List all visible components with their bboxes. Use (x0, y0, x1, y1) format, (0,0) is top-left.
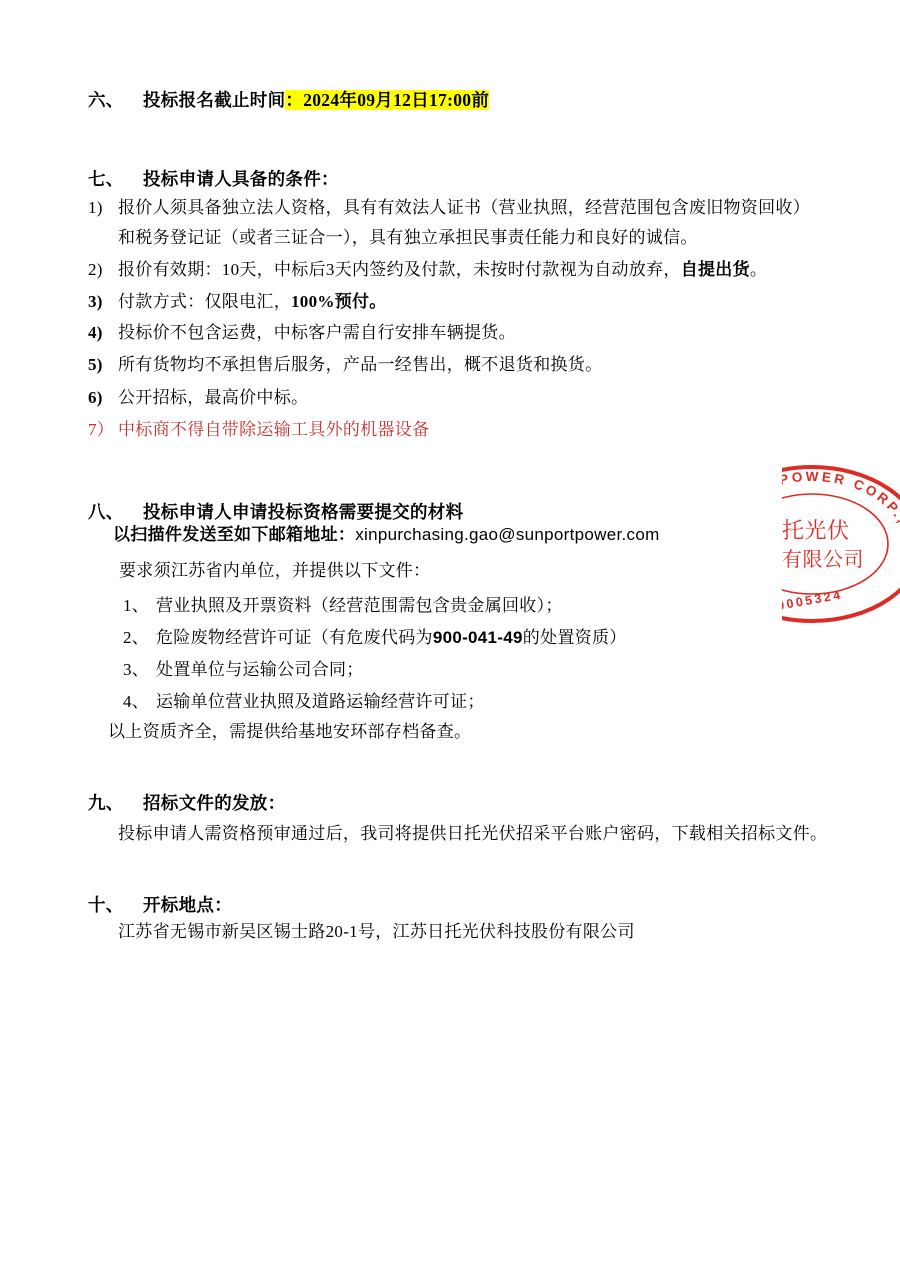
section-8-heading: 八、 投标申请人申请投标资格需要提交的材料 (88, 501, 848, 524)
material-item-4: 4、 运输单位营业执照及道路运输经营许可证； (123, 691, 848, 713)
item-text-red: 中标商不得自带除运输工具外的机器设备 (118, 419, 429, 441)
list-item-7-1: 1) 报价人须具备独立法人资格，具有有效法人证书（营业执照，经营范围包含废旧物资… (88, 197, 848, 249)
section-9-heading: 九、 招标文件的发放： (88, 791, 848, 815)
item-marker: 1、 (123, 595, 156, 617)
item-marker: 4、 (123, 691, 156, 713)
section-6-title: 投标报名截止时间：2024年09月12日17:00前 (143, 88, 489, 112)
item-marker: 5) (88, 354, 118, 376)
item-text: 营业执照及开票资料（经营范围需包含贵金属回收）； (156, 595, 563, 617)
section-10-body: 江苏省无锡市新吴区锡士路20-1号，江苏日托光伏科技股份有限公司 (88, 921, 848, 943)
item-text: 处置单位与运输公司合同； (156, 659, 364, 681)
section-10-number: 十、 (88, 893, 143, 917)
material-item-1: 1、 营业执照及开票资料（经营范围需包含贵金属回收）； (123, 595, 848, 617)
item-text: 危险废物经营许可证（有危废代码为900-041-49的处置资质） (156, 627, 627, 649)
section-8-number: 八、 (88, 501, 143, 524)
document-content: 六、 投标报名截止时间：2024年09月12日17:00前 七、 投标申请人具备… (88, 0, 848, 943)
list-item-7-7: 7） 中标商不得自带除运输工具外的机器设备 (88, 419, 848, 441)
requirement-line: 要求须江苏省内单位，并提供以下文件： (88, 560, 848, 582)
item-text: 报价人须具备独立法人资格，具有有效法人证书（营业执照，经营范围包含废旧物资回收）… (118, 197, 810, 249)
section-8-title: 投标申请人申请投标资格需要提交的材料 (143, 501, 463, 524)
item-text: 投标价不包含运费，中标客户需自行安排车辆提货。 (118, 322, 516, 344)
item-text: 公开招标，最高价中标。 (118, 387, 308, 409)
item-marker: 7） (88, 419, 118, 441)
scan-email-line: 以扫描件发送至如下邮箱地址：xinpurchasing.gao@sunportp… (88, 524, 848, 546)
section-9-title: 招标文件的发放： (143, 791, 285, 815)
list-item-7-2: 2) 报价有效期：10天，中标后3天内签约及付款，未按时付款视为自动放弃，自提出… (88, 259, 848, 281)
list-item-7-5: 5) 所有货物均不承担售后服务，产品一经售出，概不退货和换货。 (88, 354, 848, 376)
item-text: 所有货物均不承担售后服务，产品一经售出，概不退货和换货。 (118, 354, 602, 376)
section-6-heading: 六、 投标报名截止时间：2024年09月12日17:00前 (88, 88, 848, 112)
item-marker: 3、 (123, 659, 156, 681)
section-6-number: 六、 (88, 88, 143, 112)
section-7-heading: 七、 投标申请人具备的条件： (88, 167, 848, 191)
email-address: xinpurchasing.gao@sunportpower.com (355, 525, 659, 544)
item-marker: 1) (88, 197, 118, 219)
item-text: 运输单位营业执照及道路运输经营许可证； (156, 691, 485, 713)
scan-email-label: 以扫描件发送至如下邮箱地址： (113, 525, 355, 544)
item-marker: 3) (88, 291, 118, 313)
item-marker: 2) (88, 259, 118, 281)
item-marker: 2、 (123, 627, 156, 649)
section-9-body: 投标申请人需资格预审通过后，我司将提供日托光伏招采平台账户密码，下载相关招标文件… (88, 823, 848, 845)
list-item-7-4: 4) 投标价不包含运费，中标客户需自行安排车辆提货。 (88, 322, 848, 344)
item-marker: 6) (88, 387, 118, 409)
deadline-highlight: ：2024年09月12日17:00前 (285, 90, 489, 110)
section-10-heading: 十、 开标地点： (88, 893, 848, 917)
materials-closing-line: 以上资质齐全，需提供给基地安环部存档备查。 (88, 721, 848, 743)
section-10-title: 开标地点： (143, 893, 232, 917)
document-page: 六、 投标报名截止时间：2024年09月12日17:00前 七、 投标申请人具备… (0, 0, 900, 1272)
item-text: 报价有效期：10天，中标后3天内签约及付款，未按时付款视为自动放弃，自提出货。 (118, 259, 767, 281)
material-item-3: 3、 处置单位与运输公司合同； (123, 659, 848, 681)
list-item-7-6: 6) 公开招标，最高价中标。 (88, 387, 848, 409)
section-7-number: 七、 (88, 167, 143, 191)
item-text: 付款方式：仅限电汇，100%预付。 (118, 291, 387, 313)
material-list: 1、 营业执照及开票资料（经营范围需包含贵金属回收）； 2、 危险废物经营许可证… (88, 595, 848, 713)
section-7-title: 投标申请人具备的条件： (143, 167, 339, 191)
material-item-2: 2、 危险废物经营许可证（有危废代码为900-041-49的处置资质） (123, 627, 848, 649)
section-9-number: 九、 (88, 791, 143, 815)
list-item-7-3: 3) 付款方式：仅限电汇，100%预付。 (88, 291, 848, 313)
item-marker: 4) (88, 322, 118, 344)
